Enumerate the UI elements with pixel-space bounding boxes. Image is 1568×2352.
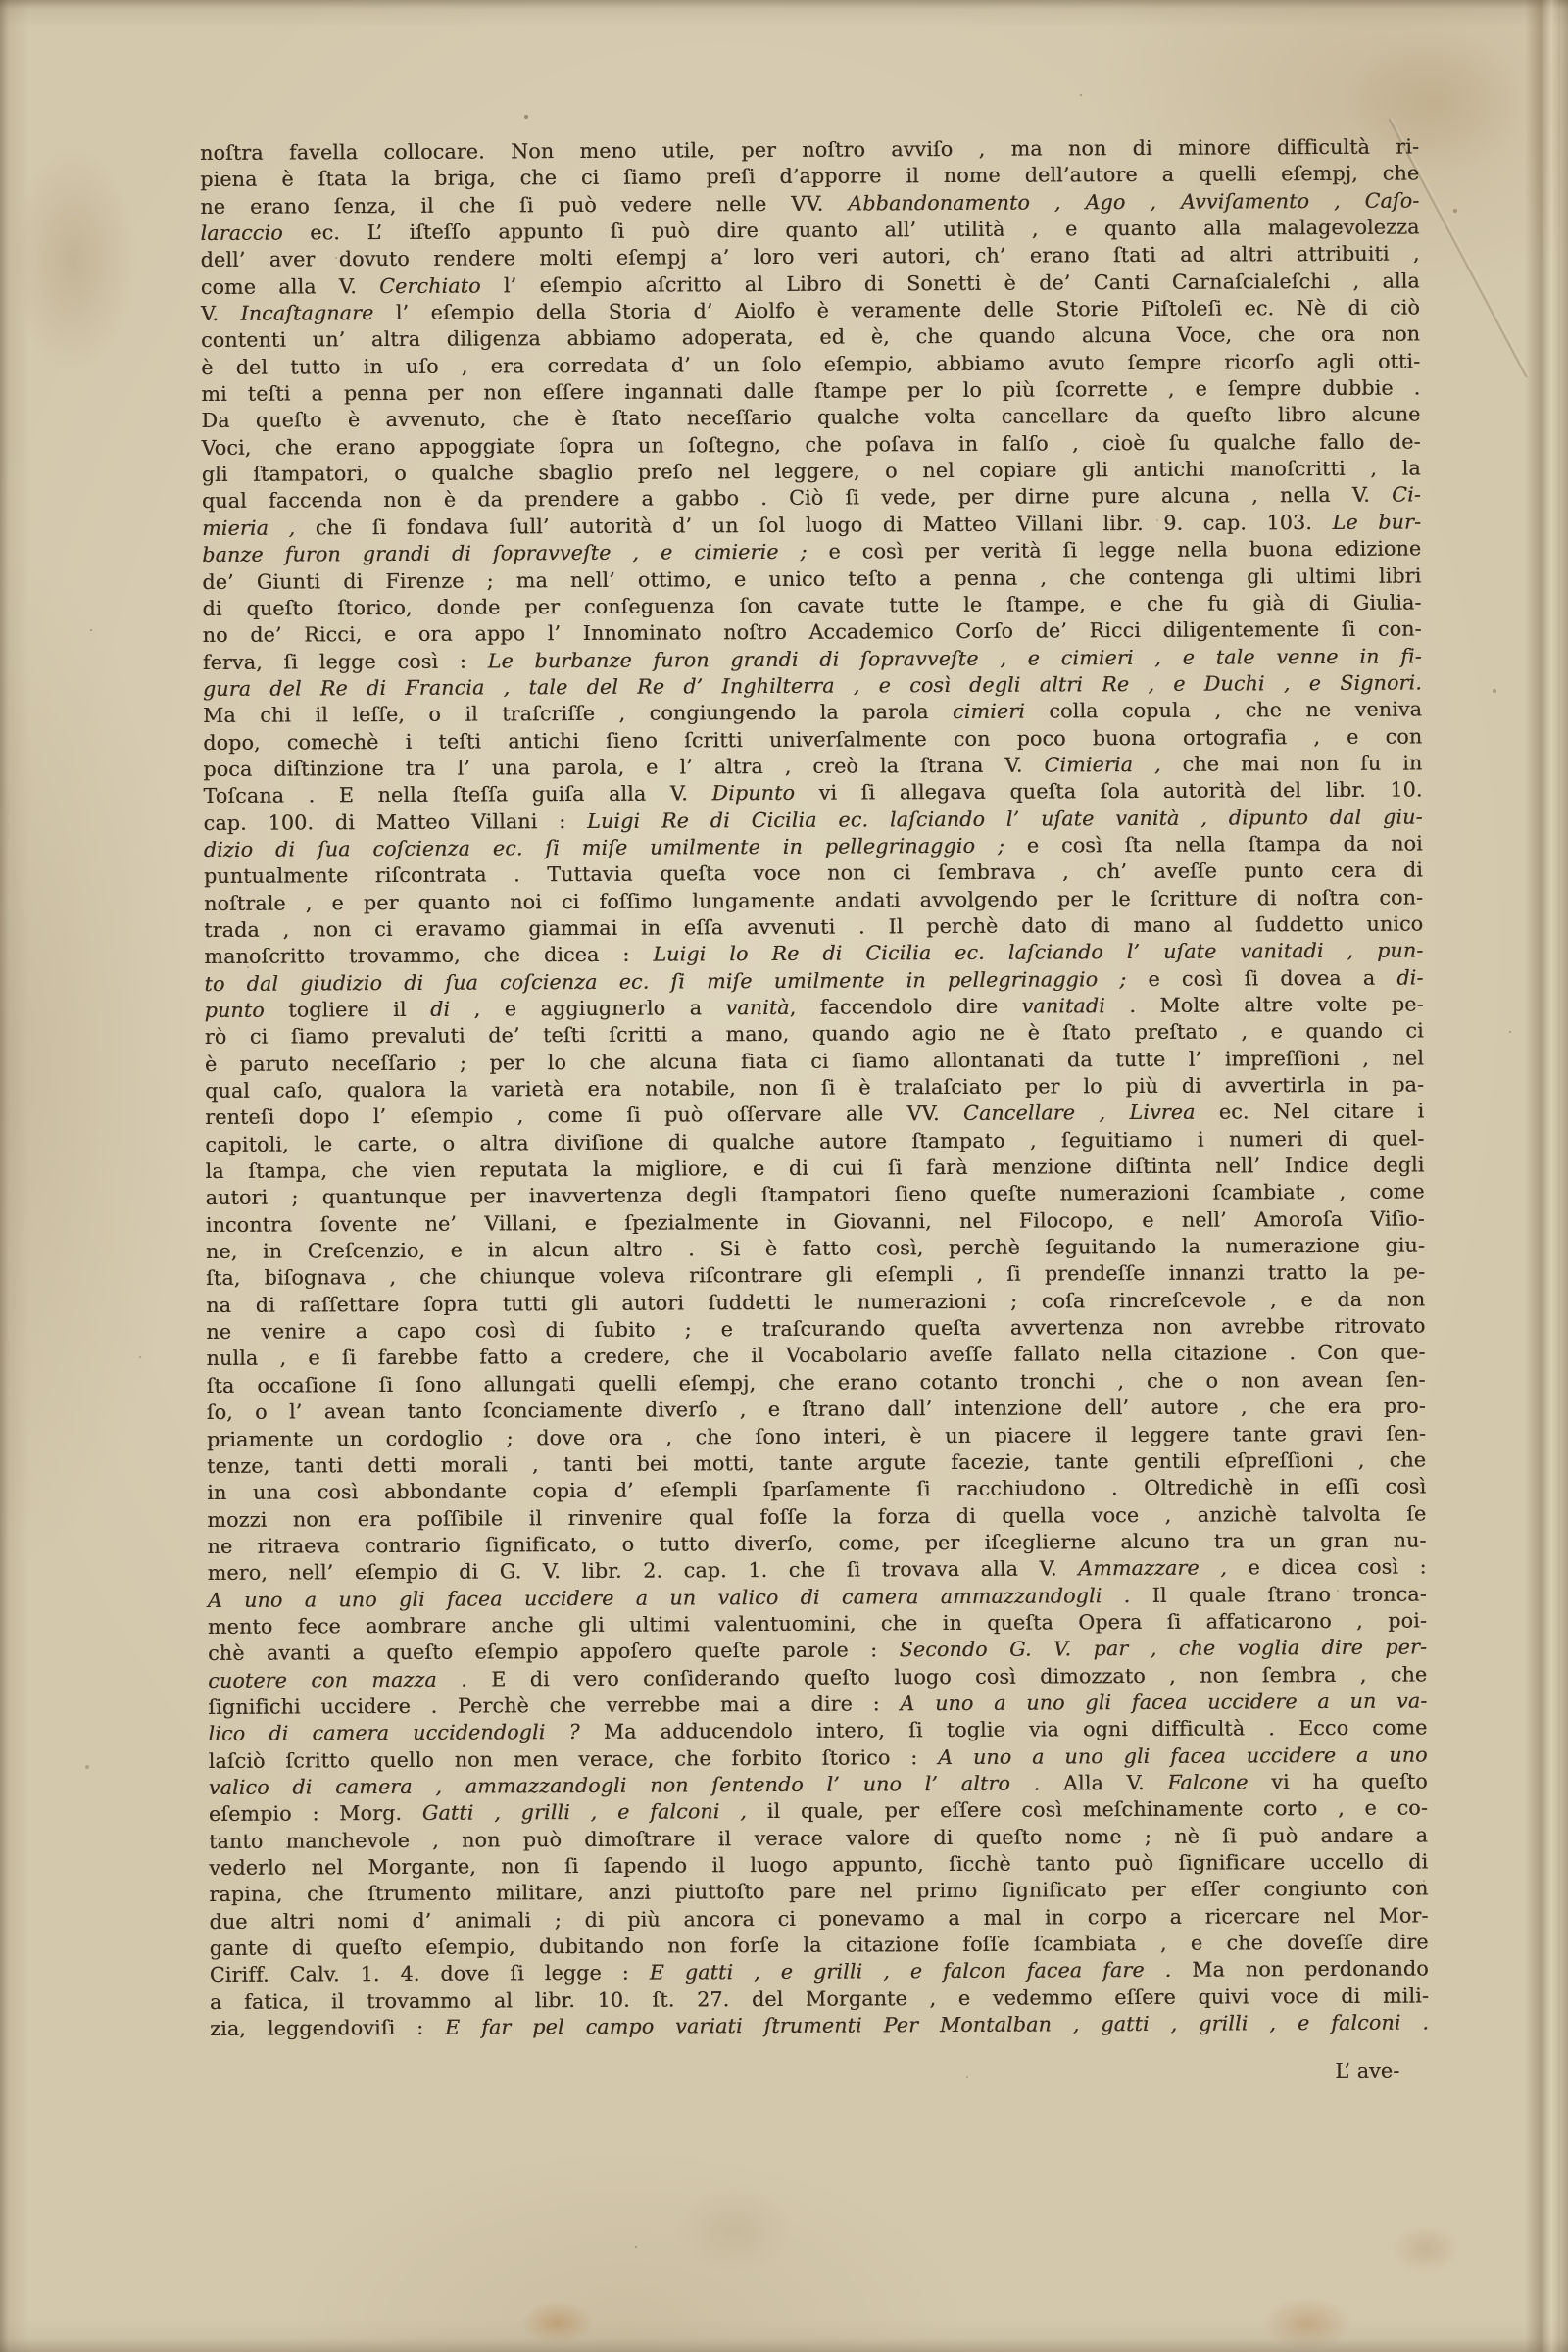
text-run: e così ſta nella ſtampa da noi (1027, 831, 1423, 857)
text-run: Alla V. (1063, 1771, 1168, 1795)
text-run: ferva, ſi legge così : (203, 649, 488, 674)
text-run: ſta, biſognava , che chiunque voleva riſ… (206, 1260, 1425, 1291)
page-text: noſtra favella collocare. Non meno utile… (200, 133, 1429, 2090)
text-run: , e aggiugnerlo a (474, 996, 726, 1020)
text-run: ſta occaſione ſi ſono allungati quelli e… (207, 1367, 1426, 1397)
text-line: zia, leggendoviſi : E far pel campo vari… (210, 2010, 1429, 2043)
text-run: na di raſſettare ſopra tutti gli autori … (206, 1287, 1425, 1317)
text-run: Ciriff. Calv. 1. 4. dove ſi legge : (210, 1961, 650, 1986)
text-run: E di vero conſiderando queſto luogo così… (491, 1662, 1427, 1690)
italic-text-run: Gatti , grilli , e falconi , (422, 1799, 767, 1825)
text-run: Toſcana . E nella ſteſſa guiſa alla V. (203, 782, 711, 808)
text-run: e dicea così : (1248, 1555, 1426, 1580)
italic-text-run: vanitadi (1022, 994, 1105, 1017)
italic-text-run: Luigi lo Re di Cicilia ec. laſciando l’ … (653, 939, 1423, 966)
text-run: capitoli, le carte, o altra diviſione di… (205, 1126, 1424, 1156)
text-run: a fatica, il trovammo al libr. 10. ſt. 2… (210, 1984, 1429, 2014)
text-run: contenti un’ altra diligenza abbiamo ado… (201, 322, 1420, 353)
italic-text-run: di (430, 998, 474, 1021)
text-run: ec. L’ iſteſſo appunto ſi può dire quant… (310, 216, 1419, 245)
paper-stain (10, 147, 137, 372)
text-run: l’ eſempio aſcritto al Libro di Sonetti … (504, 269, 1420, 297)
italic-text-run: Luigi Re di Cicilia ec. laſciando l’ uſa… (587, 805, 1423, 832)
italic-text-run: lico di camera uccidendogli ? (208, 1720, 603, 1745)
text-run: rapina, che ſtrumento militare, anzi piu… (209, 1877, 1428, 1907)
text-run: ne ritraeva contrario ſignificato, o tut… (207, 1528, 1426, 1558)
text-run: nulla , e ſi farebbe fatto a credere, ch… (206, 1341, 1425, 1371)
text-run: Da queſto è avvenuto, che è ſtato neceſſ… (201, 403, 1420, 433)
text-run: gli ſtampatori, o qualche sbaglio preſo … (202, 457, 1421, 487)
text-run: e così per verità ſi legge nella buona e… (828, 537, 1421, 563)
italic-text-run: A uno a uno gli facea uccidere a un vali… (208, 1583, 1152, 1611)
text-run: laſciò ſcritto quello non men verace, ch… (209, 1745, 939, 1773)
text-run: priamente un cordoglio ; dove ora , che … (207, 1421, 1426, 1451)
text-run: due altri nomi d’ animali ; di più ancor… (209, 1903, 1428, 1934)
italic-text-run: cimieri (953, 700, 1049, 724)
italic-text-run: gura del Re di Francia , tale del Re d’ … (203, 670, 1422, 701)
text-run: mozzi non era poſſibile il rinvenire qua… (207, 1501, 1426, 1532)
text-run: come alla V. (201, 274, 380, 299)
text-run: vi ſi allegava queſta ſola autorità del … (819, 778, 1423, 805)
text-run: ne venire a capo così di ſubito ; e traſ… (206, 1314, 1425, 1345)
text-run: vi ha queſto (1271, 1769, 1428, 1793)
text-run: eſempio : Morg. (209, 1801, 422, 1826)
text-run: V. (201, 302, 241, 325)
italic-text-run: A uno a uno gli facea uccidere a un va- (900, 1689, 1427, 1715)
text-run: gante di queſto eſempio, dubitando non f… (210, 1930, 1429, 1960)
italic-text-run: Cerchiato (379, 273, 504, 298)
text-run: vederlo nel Morgante, non ſi ſapendo il … (209, 1849, 1428, 1880)
text-run: ne erano ſenza, il che ſi può vedere nel… (200, 191, 848, 218)
text-run: di queſto ſtorico, donde per conſeguenza… (202, 590, 1421, 620)
text-run: mero, nell’ eſempio di G. V. libr. 2. ca… (208, 1557, 1079, 1586)
paper-stain (676, 2185, 794, 2274)
italic-text-run: vanità (725, 996, 789, 1019)
text-run: Ma non perdonando (1192, 1957, 1429, 1982)
text-run: cap. 100. di Matteo Villani : (204, 809, 588, 835)
italic-text-run: Falcone (1167, 1770, 1271, 1794)
text-run: rò ci ſiamo prevaluti de’ teſti ſcritti … (205, 1019, 1424, 1050)
text-run: dell’ aver dovuto rendere molti eſempj a… (201, 242, 1420, 272)
text-run: qual caſo, qualora la varietà era notabi… (205, 1073, 1424, 1103)
text-run: ſo, o l’ avean tanto ſconciamente diverſ… (207, 1395, 1426, 1425)
page-curl-shadow (1525, 0, 1560, 2352)
italic-text-run: punto (205, 999, 289, 1022)
italic-text-run: banze furon grandi di ſopravveſte , e ci… (202, 540, 828, 566)
italic-text-run: Ammazzare , (1078, 1556, 1248, 1581)
text-run: e così ſi dovea a (1148, 965, 1396, 990)
text-run: , faccendolo dire (790, 995, 1022, 1019)
text-run: Il quale ſtrano tronca- (1152, 1582, 1427, 1606)
italic-text-run: Le bur- (1332, 510, 1421, 533)
text-run: in una così abbondante copia d’ eſempli … (207, 1475, 1426, 1505)
paper-stain (1262, 2297, 1352, 2350)
italic-text-run: valico di camera , ammazzandogli non ſen… (209, 1771, 1063, 1799)
text-run: chè avanti a queſto eſempio appoſero que… (208, 1639, 900, 1666)
italic-text-run: cuotere con mazza . (208, 1667, 491, 1692)
italic-text-run: Le burbanze furon grandi di ſopravveſte … (488, 644, 1422, 672)
italic-text-run: Abbandonamento , Ago , Avviſamento , Caſ… (848, 188, 1419, 215)
text-run: autori ; quantunque per inavvertenza deg… (206, 1180, 1425, 1210)
text-run: che mai non fu in (1183, 751, 1423, 775)
text-run: ſignifichi uccidere . Perchè che verrebb… (208, 1691, 900, 1719)
text-run: Ma adducendolo intero, ſi toglie via ogn… (604, 1716, 1428, 1743)
text-run: manoſcritto trovammo, che dicea : (204, 943, 653, 968)
text-run: noſtra favella collocare. Non meno utile… (200, 134, 1419, 165)
italic-text-run: Incaſtagnare (240, 301, 395, 325)
italic-text-run: E far pel campo variati ſtrumenti Per Mo… (445, 2011, 1429, 2039)
text-run: colla copula , che ne veniva (1049, 698, 1422, 723)
paper-stain (1392, 2225, 1460, 2274)
catchword: L’ ave- (210, 2058, 1429, 2091)
text-run: è paruto neceſſario ; per lo che alcuna … (205, 1046, 1424, 1076)
italic-text-run: di- (1396, 965, 1423, 989)
text-run: no de’ Ricci, e ora appo l’ Innominato n… (203, 617, 1422, 648)
text-run: la ſtampa, che vien reputata la migliore… (205, 1153, 1424, 1184)
text-run: trada , non ci eravamo giammai in eſſa a… (204, 911, 1423, 942)
italic-text-run: laraccio (200, 220, 310, 245)
text-run: tenze, tanti detti morali , tanti bei mo… (207, 1447, 1426, 1478)
text-run: zia, leggendoviſi : (210, 2016, 445, 2040)
text-run: tanto manchevole , non può dimoſtrare il… (209, 1823, 1428, 1853)
italic-text-run: to dal giudizio di ſua coſcienza ec. ſi … (204, 967, 1148, 996)
text-run: piena è ſtata la briga, che ci ſiamo pre… (200, 162, 1419, 192)
italic-text-run: A uno a uno gli facea uccidere a uno (938, 1742, 1428, 1769)
text-run: ec. Nel citare i (1219, 1100, 1424, 1124)
text-run: renteſi dopo l’ eſempio , come ſi può oſ… (205, 1102, 963, 1129)
book-page: noſtra favella collocare. Non meno utile… (0, 0, 1568, 2352)
text-run: qual faccenda non è da prendere a gabbo … (202, 483, 1392, 513)
text-run: de’ Giunti di Firenze ; ma nell’ ottimo,… (202, 563, 1421, 594)
text-run: mi teſti a penna per non eſſere ingannat… (201, 376, 1420, 407)
text-run: l’ eſempio della Storia d’ Aiolfo è vera… (396, 296, 1420, 324)
text-run: puntualmente riſcontrata . Tuttavia queſ… (204, 858, 1423, 889)
italic-text-run: dizio di ſua coſcienza ec. ſi miſe umilm… (204, 834, 1027, 861)
text-run: Ma chi il leſſe, o il traſcriſſe , congi… (203, 700, 953, 727)
text-run: che ſi fondava ſull’ autorità d’ un ſol … (316, 511, 1333, 539)
text-run: togliere il (288, 998, 430, 1022)
text-run: poca diſtinzione tra l’ una parola, e l’… (203, 753, 1044, 780)
paper-stain (521, 2301, 594, 2344)
text-run: è del tutto in uſo , era corredata d’ un… (201, 349, 1420, 379)
text-run: incontra ſovente ne’ Villani, e ſpezialm… (206, 1206, 1425, 1237)
text-run: noſtrale , e per quanto noi ci foſſimo l… (204, 885, 1423, 915)
text-run: mento fece aombrare anche gli ultimi val… (208, 1608, 1427, 1639)
text-run: Voci, che erano appoggiate ſopra un ſoſt… (202, 429, 1421, 460)
italic-text-run: Ci- (1392, 483, 1421, 507)
italic-text-run: E gatti , e grilli , e falcon facea fare… (650, 1958, 1193, 1984)
text-run: dopo, comechè i teſti antichi ſieno ſcri… (203, 724, 1422, 755)
text-run: . Molte altre volte pe- (1105, 992, 1424, 1017)
italic-text-run: Cimieria , (1044, 753, 1182, 777)
text-run: ne, in Creſcenzio, e in alcun altro . Si… (206, 1234, 1425, 1264)
italic-text-run: Secondo G. V. par , che voglia dire per- (900, 1636, 1428, 1662)
text-run: il quale, per eſſere così meſchinamente … (767, 1796, 1428, 1824)
paper-specks (0, 0, 2, 2)
italic-text-run: Dipunto (711, 781, 818, 806)
italic-text-run: mieria , (202, 515, 316, 540)
italic-text-run: Cancellare , Livrea (963, 1101, 1219, 1125)
